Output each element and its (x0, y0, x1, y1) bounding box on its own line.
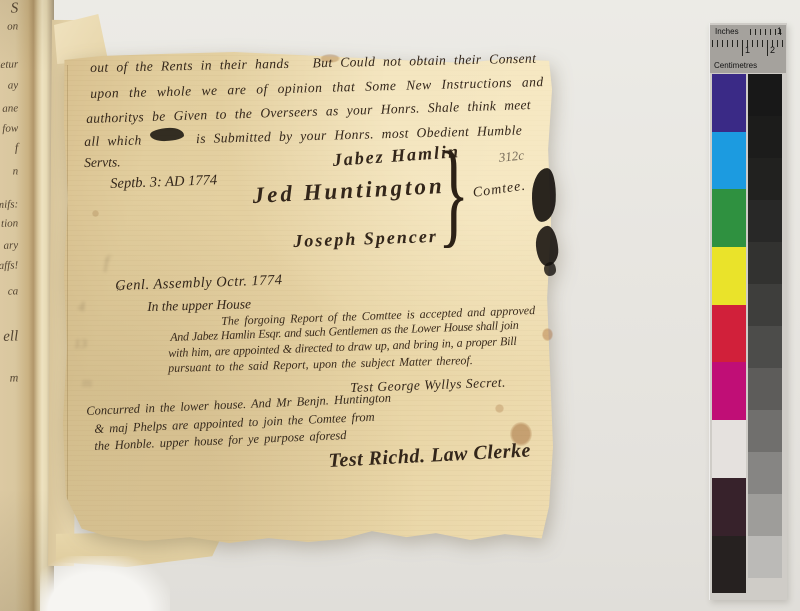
color-patch-green (712, 189, 746, 247)
margin-fragment: on (0, 20, 18, 34)
main-document (62, 50, 554, 546)
color-patch-red (712, 305, 746, 363)
grayscale-step-6 (748, 284, 782, 326)
color-patch-cyan-blue (712, 132, 746, 190)
archival-photo: SonReturayanefowfnmifs:tionaryaffs!caell… (0, 0, 800, 611)
grayscale-step-4 (748, 200, 782, 242)
foxing-spot (542, 328, 553, 341)
foxing-spot (510, 422, 532, 446)
margin-fragment: S (0, 0, 19, 19)
margin-fragment: ay (0, 79, 18, 93)
grayscale-step-7 (748, 326, 782, 368)
foxing-spot (320, 54, 340, 63)
grayscale-step-10 (748, 452, 782, 494)
margin-fragment: ary (0, 239, 18, 253)
color-patch-magenta (712, 362, 746, 420)
edge-ink-blot-3 (544, 262, 556, 276)
margin-fragment: fow (0, 122, 18, 136)
color-patch-dark-brown (712, 478, 746, 536)
manuscript-paper (62, 50, 554, 546)
grayscale-step-9 (748, 410, 782, 452)
centimetres-label: Centimetres (714, 61, 757, 70)
grayscale-step-2 (748, 116, 782, 158)
grayscale-step-1 (748, 74, 782, 116)
inches-label: Inches (715, 27, 739, 36)
color-column (712, 74, 746, 593)
margin-fragment: m (0, 370, 18, 387)
grayscale-step-5 (748, 242, 782, 284)
grayscale-step-3 (748, 158, 782, 200)
color-patch-violet (712, 74, 746, 132)
grayscale-step-12 (748, 536, 782, 578)
cm-number-2: 2 (767, 45, 775, 56)
grayscale-column (748, 74, 782, 578)
ruler-patch: Inches 1 Centimetres 12 (710, 25, 786, 73)
color-calibration-bar: Inches 1 Centimetres 12 (709, 23, 787, 600)
margin-fragment: ane (0, 102, 18, 116)
foxing-spot (495, 404, 504, 413)
bound-volume-edge: SonReturayanefowfnmifs:tionaryaffs!caell… (0, 0, 54, 611)
margin-fragment: tion (0, 217, 18, 231)
cm-number-1: 1 (742, 45, 750, 56)
margin-fragment: mifs: (0, 198, 18, 212)
margin-fragment: f (0, 140, 18, 157)
margin-fragment: n (0, 165, 18, 179)
margin-fragment: ell (0, 328, 19, 347)
background-highlight (40, 556, 170, 611)
color-patch-black (712, 536, 746, 594)
margin-fragment: Retur (0, 58, 18, 72)
color-patch-yellow (712, 247, 746, 305)
margin-fragment: ca (0, 285, 18, 299)
margin-fragment: affs! (0, 259, 18, 273)
foxing-spot (92, 210, 99, 217)
grayscale-step-11 (748, 494, 782, 536)
color-patch-white (712, 420, 746, 478)
inch-number: 1 (777, 26, 782, 36)
grayscale-step-8 (748, 368, 782, 410)
